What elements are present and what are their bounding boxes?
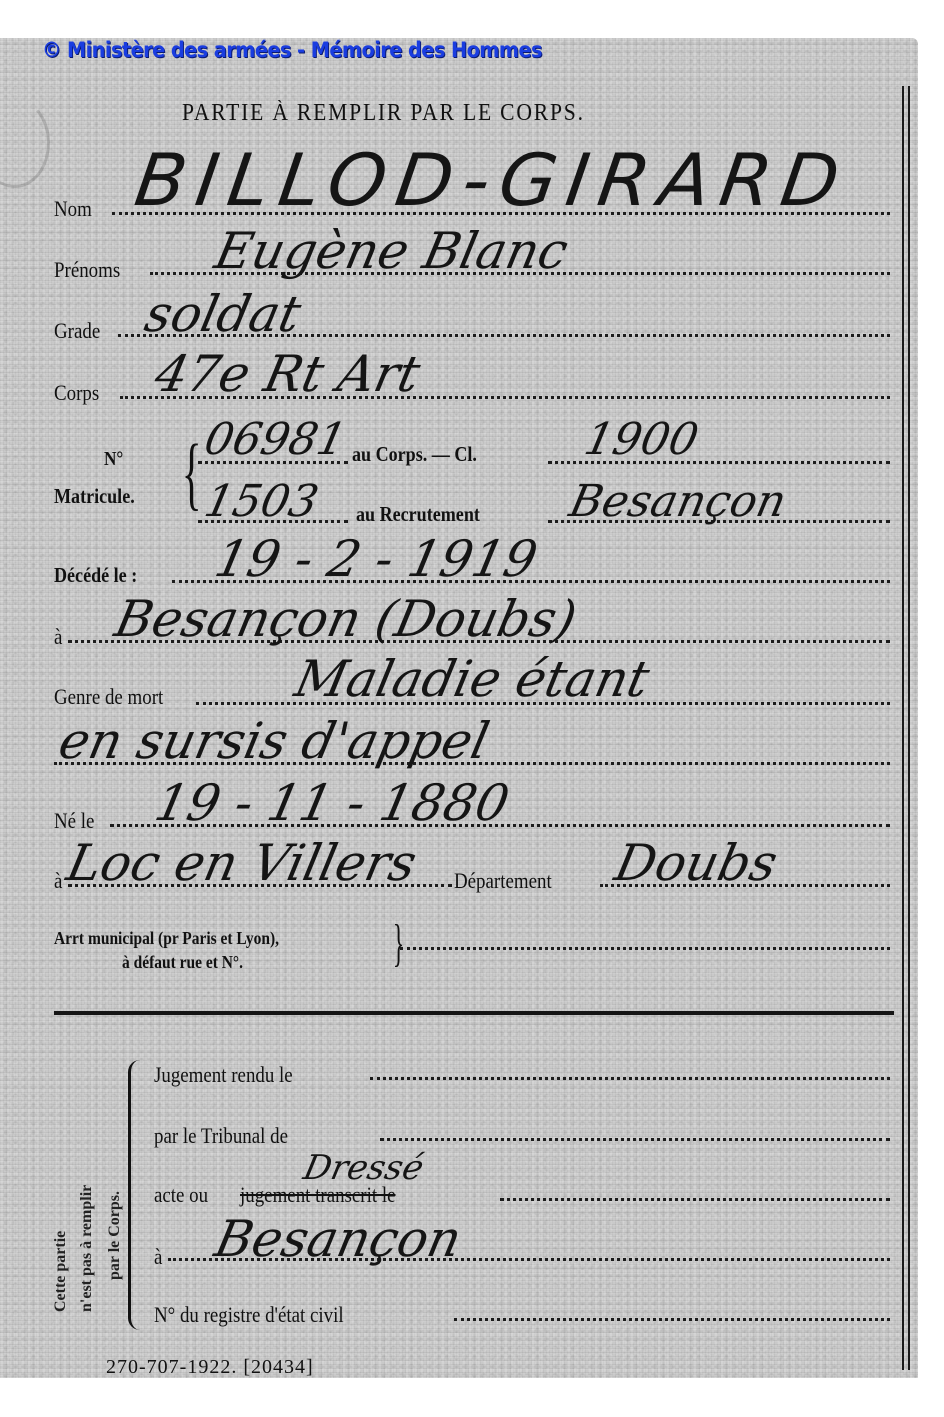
side-note-line-3: par le Corps.	[106, 1191, 124, 1280]
arrondissement-dotted-line	[400, 947, 890, 950]
grade-label: Grade	[54, 318, 100, 344]
departement-value: Doubs	[610, 834, 782, 892]
matricule-no-label: N°	[104, 448, 123, 471]
acte-value: Dressé	[300, 1148, 427, 1188]
jugement-label: Jugement rendu le	[154, 1062, 293, 1088]
genre-mort-value-line2: en sursis d'appel	[54, 712, 494, 770]
right-border-line	[902, 86, 904, 1370]
lieu-acte-value: Besançon	[210, 1210, 467, 1268]
tribunal-dotted-line	[380, 1138, 890, 1141]
form-heading: PARTIE À REMPLIR PAR LE CORPS.	[182, 100, 585, 127]
lieu-acte-label: à	[154, 1244, 162, 1270]
lieu-deces-value: Besançon (Doubs)	[110, 590, 582, 648]
right-border-line-outer	[908, 86, 910, 1370]
registre-dotted-line	[454, 1318, 890, 1321]
lower-section-brace	[128, 1060, 142, 1330]
side-note-line-2: n'est pas à remplir	[78, 1185, 96, 1312]
matricule-label: Matricule.	[54, 484, 135, 509]
genre-mort-label: Genre de mort	[54, 684, 163, 710]
lieu-deces-label: à	[54, 624, 62, 650]
jugement-dotted-line	[370, 1077, 890, 1080]
recrutement-value: Besançon	[565, 476, 791, 527]
matricule-brace: {	[182, 432, 202, 514]
naissance-value: 19 - 11 - 1880	[150, 774, 514, 832]
copyright-watermark: © Ministère des armées - Mémoire des Hom…	[42, 38, 542, 62]
nom-label: Nom	[54, 196, 92, 222]
corps-value: 47e Rt Art	[150, 345, 425, 403]
lieu-naissance-value: Loc en Villers	[62, 834, 422, 892]
tribunal-label: par le Tribunal de	[154, 1123, 288, 1149]
paper-stain	[0, 98, 50, 188]
departement-label: Département	[454, 868, 552, 894]
lieu-naissance-label: à	[54, 868, 62, 894]
prenoms-label: Prénoms	[54, 257, 120, 283]
corps-number-value: 06981	[200, 414, 351, 465]
genre-mort-value-line1: Maladie étant	[290, 650, 654, 708]
corps-label: Corps	[54, 380, 99, 406]
prenoms-value: Eugène Blanc	[210, 222, 573, 280]
deces-label: Décédé le :	[54, 563, 137, 588]
side-note-line-1: Cette partie	[52, 1231, 70, 1312]
arrondissement-label-2: à défaut rue et N°.	[122, 952, 243, 973]
acte-label-prefix: acte ou	[154, 1182, 208, 1208]
recrutement-label: au Recrutement	[356, 502, 480, 527]
deces-value: 19 - 2 - 1919	[210, 530, 542, 588]
grade-value: soldat	[140, 285, 306, 343]
arrondissement-label-1: Arrt municipal (pr Paris et Lyon),	[54, 928, 279, 949]
form-print-number: 270-707-1922. [20434]	[106, 1356, 314, 1378]
registre-label: N° du registre d'état civil	[154, 1302, 344, 1328]
acte-dotted-line	[500, 1198, 890, 1201]
classe-value: 1900	[580, 414, 703, 465]
au-corps-label: au Corps. — Cl.	[352, 442, 477, 467]
section-separator	[54, 1011, 894, 1015]
nom-value: BILLOD-GIRARD	[130, 138, 855, 222]
recrutement-number-value: 1503	[200, 476, 323, 527]
arrondissement-brace: }	[393, 918, 404, 970]
naissance-label: Né le	[54, 808, 94, 834]
